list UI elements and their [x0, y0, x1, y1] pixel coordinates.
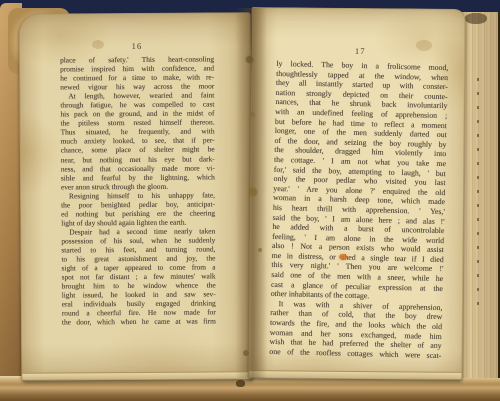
- page-bottom-edge-right: [249, 370, 461, 379]
- page-bottom-edge-left: [22, 371, 252, 380]
- fore-edge-specks: [477, 78, 479, 313]
- page-text-left: place of safety.' This heart-consolingpr…: [60, 54, 216, 326]
- text-line: chance, some place of shelter might be: [61, 145, 215, 155]
- fore-edge-stain: [465, 13, 487, 24]
- book-photo: 16 place of safety.' This heart-consolin…: [0, 0, 500, 401]
- text-line: ed nothing but perishing ere the cheerin…: [61, 208, 215, 218]
- book-page-left: 16 place of safety.' This heart-consolin…: [19, 12, 254, 381]
- text-line: near, but nothing met his eye but dark-: [61, 154, 215, 164]
- page-number-left: 16: [60, 40, 214, 51]
- book-page-right: 17 ly locked. The boy in a frolicsome mo…: [248, 7, 465, 380]
- page-text-right: ly locked. The boy in a frolicsome mood,…: [269, 59, 448, 361]
- text-line: the door, which when he came at was firm: [62, 317, 216, 327]
- text-line: sible and fearful by the lightning, whic…: [61, 172, 215, 182]
- page-number-right: 17: [274, 45, 446, 57]
